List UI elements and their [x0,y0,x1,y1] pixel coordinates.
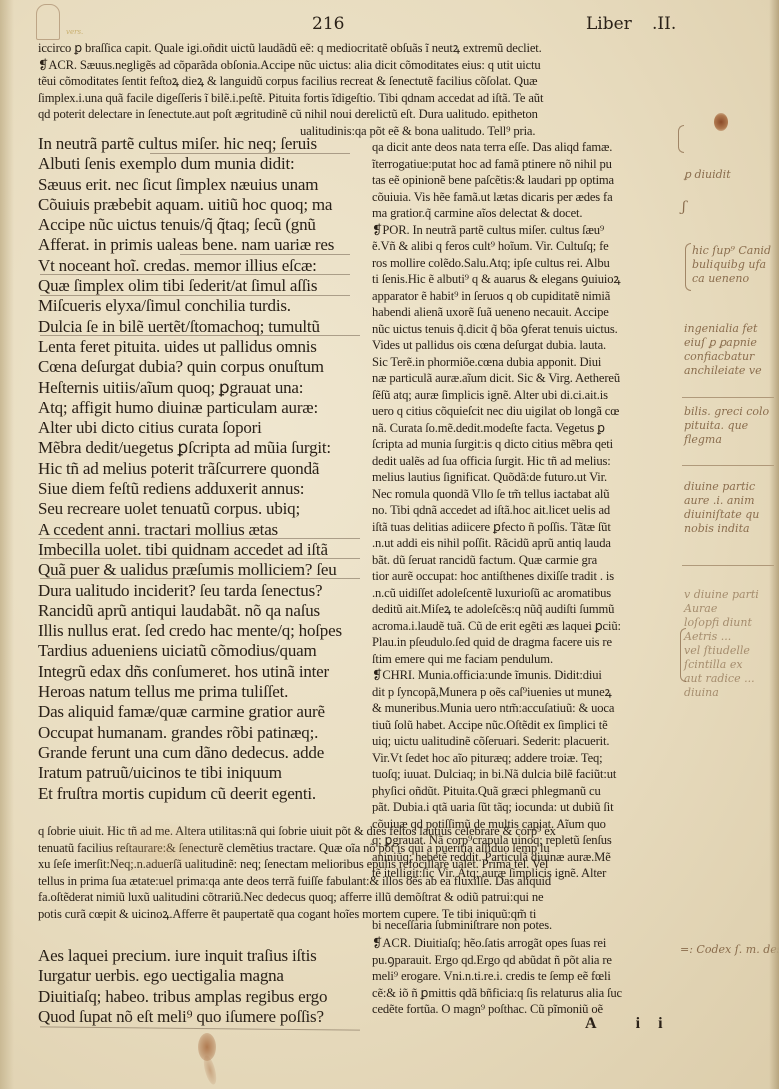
verse-line: Tardius adueniens uiciatũ cõmodius/quam [38,641,342,661]
commentary-line: acroma.i.laudẽ tuã. Cũ de erit egẽti æs … [372,618,677,635]
verse-line: Grande ferunt una cum dãno dedecus. adde [38,743,342,763]
signature-mark: A ii [585,1015,681,1033]
commentary-line: apparator ẽ habit⁹ in ſeruos q ob cupidi… [372,288,677,305]
ink-stain [714,113,728,131]
commentary-line: qd poterit delectare in ſenectute.aut po… [38,106,678,123]
commentary-line: ẽ.Vñ & alibi q feros cult⁹ hoĩum. Vir. C… [372,238,677,255]
verse-line: Miſcueris elyxa/ſimul conchilia turdis. [38,296,342,316]
commentary-line: ros mollire colẽdo.Salu.Atq; ipſe cultus… [372,255,677,272]
marginal-note-2: hic ſup⁹ Canid buliquibg ufa ca ueneno [692,244,771,286]
marginal-note-3: ingenialia fet eiuſ ꝑ ꝑapnie confiacbatu… [684,322,762,378]
verse-block-secondary: Aes laquei precium. iure inquit traſius … [38,946,327,1027]
verse-line: Accipe nũc uictus tenuis/q̃ q̃taq; ſecũ … [38,215,342,235]
bottom-commentary-tail: bi neceſſaria ſubminiſtrare non potes. [372,917,677,934]
verse-line: Seu recreare uolet tenuatũ corpus. ubiq; [38,499,342,519]
verse-line: Albuti ſenis exemplo dum munia didit: [38,154,342,174]
verse-line: Afferat. in primis ualeas bene. nam uari… [38,235,342,255]
commentary-line: Plau.in pſeudulo.ſed quid de dragma face… [372,634,677,651]
commentary-line: qa dicit ante deos nata terra eſſe. Das … [372,139,677,156]
marginal-note-4: bilis. greci colo pituita. que flegma [684,405,769,447]
commentary-line: ❡ACR. Diuitiaſq; hẽo.ſatis arrogãt opes … [372,935,677,952]
commentary-line: Nec romula quondã Vllo ſe tm̃ tellus iac… [372,486,677,503]
commentary-line: ĩterrogatiue:putat hoc ad famã ptinere n… [372,156,677,173]
commentary-line: Sic Terẽ.in phormiõe.cœna dubia apponit.… [372,354,677,371]
verse-line: Lenta feret pituita. uides ut pallidus o… [38,337,342,357]
commentary-line: tiuũ ſolũ habet. Accipe nũc.Oſtẽdit ex ſ… [372,717,677,734]
commentary-line: tuoſq; iuuat. Dulciaq; in bi.Nã dulcia b… [372,766,677,783]
commentary-line: fa.oſtẽderat nimiũ luxũ ualitudini cõtra… [38,889,678,906]
verse-line: Alter ubi dicto citius curata ſopori [38,418,342,438]
verse-line: Aes laquei precium. iure inquit traſius … [38,946,327,966]
commentary-line: Vir.Vt ſedet hoc aĩo pituræq; addere tro… [372,750,677,767]
verse-line: Hic tñ ad melius poterit trãſcurrere quo… [38,459,342,479]
running-head: 216 Liber .II. [0,14,779,36]
marginal-divider [682,465,774,466]
handwritten-underline [40,335,360,336]
commentary-line: ma gratior.q̃ carmine aĩos delectat & do… [372,205,677,222]
commentary-line: melius lautius ſignificat. Quõdã:de futu… [372,469,677,486]
verse-line: Integrũ edax dñs conſumeret. hos utinã i… [38,662,342,682]
folio-number: 216 [312,14,344,34]
right-commentary-column-2: ❡ACR. Diuitiaſq; hẽo.ſatis arrogãt opes … [372,935,677,1018]
marginal-note-7: =: Codex ſ. m. des [680,943,779,957]
marginal-divider [682,397,774,398]
handwritten-underline [150,153,350,154]
marginal-note-1: ꝑ diuidit [684,168,731,182]
marginal-flourish: ʃ [682,200,686,214]
handwritten-underline [40,274,350,275]
commentary-line: dit p ſyncopã,Munera p oẽs caſ⁹iuenies u… [372,684,677,701]
commentary-line: bi neceſſaria ſubminiſtrare non potes. [372,917,677,934]
commentary-line: pãt. Dubia.i qtã uaria ſũt tãq; iocunda:… [372,799,677,816]
commentary-line: meli⁹ erogare. Vni.n.ti.re.i. credis te … [372,968,677,985]
book-page: vers. 216 Liber .II. iccirco ꝑ braſſica … [0,0,779,1089]
verse-line: Cœna deſurgat dubia? quin corpus onuſtum [38,357,342,377]
verse-line: Et fruſtra mortis cupidum cũ deerit egen… [38,784,342,804]
commentary-line: ❡CHRI. Munia.officia:unde ĩmunis. Didit:… [372,667,677,684]
commentary-line: phyſici oñdũt. Pituita.Quã græci phlegma… [372,783,677,800]
commentary-line: cõuiuia. Vis hẽe famã.ut lætas dicaris p… [372,189,677,206]
marginal-bracket [685,243,691,291]
verse-line: Dulcia ſe in bilẽ uertẽt/ſtomachoq; tumu… [38,317,342,337]
commentary-line: Vides ut pallidus ois cœna deſurgat dubi… [372,337,677,354]
handwritten-underline [40,295,350,296]
commentary-line: pu.ꝯparauit. Ergo qd.Ergo qd abũdat ñ põ… [372,952,677,969]
marginal-bracket [678,125,684,153]
top-commentary: iccirco ꝑ braſſica capit. Quale igi.oñdi… [38,40,678,139]
verse-line: Iratum patruũ/uicinos te tibi iniquum [38,763,342,783]
marginal-divider [682,565,774,566]
commentary-line: deditũ ait.Miſeꝝ te adoleſcẽs:q nũq̃ aud… [372,601,677,618]
marginal-note-5: diuine partic aure .i. anim diuiniſtate … [684,480,759,536]
commentary-line: nã. Curata ſo.mẽ.dedit.modeſte facta. Ve… [372,420,677,437]
verse-line: Das aliquid famæ/quæ carmine gratior aur… [38,702,342,722]
ink-stain [201,1054,218,1086]
handwritten-underline [40,578,360,579]
handwritten-underline [180,254,350,255]
commentary-line: ti ſenis.Hic ẽ albuti⁹ q & auarus & eleg… [372,271,677,288]
right-commentary-column: qa dicit ante deos nata terra eſſe. Das … [372,139,677,882]
commentary-line: tior aurẽ occupat: hoc antiſthenes dixiſ… [372,568,677,585]
verse-line: A ccedent anni. tractari mollius ætas [38,520,342,540]
verse-line: Quæ ſimplex olim tibi ſederit/at ſimul a… [38,276,342,296]
handwritten-underline [40,538,360,539]
commentary-line: iſtã tuas delitias adiicere ꝑfecto ñ poſ… [372,519,677,536]
verse-line: In neutrã partẽ cultus miſer. hic neq; ſ… [38,134,342,154]
commentary-line: ſcripta ad munia ſurgit:is q dicto citiu… [372,436,677,453]
commentary-line: ❡POR. In neutrã partẽ cultus miſer. cult… [372,222,677,239]
handwritten-underline [40,558,360,559]
commentary-line: habendi alienã uxorẽ ſuã ueneno necauit.… [372,304,677,321]
verse-line: Heſternis uitiis/aĩum quoq; ꝑgrauat una: [38,378,342,398]
water-stain [90,820,230,880]
verse-line: Mẽbra dedit/uegetus ꝑſcripta ad mũia ſur… [38,438,342,458]
commentary-line: næ particulã auræ.aĩum dicit. Sic & Virg… [372,370,677,387]
book-number: .II. [652,14,676,34]
commentary-line: nũc uictus tenuis q̃.dicit q̃ bõa ꝯferat… [372,321,677,338]
verse-line: Atq; affigit humo diuinæ particulam auræ… [38,398,342,418]
commentary-line: uiq; uictu ualitudinẽ cõſeruari. Sederit… [372,733,677,750]
commentary-line: iccirco ꝑ braſſica capit. Quale igi.oñdi… [38,40,678,57]
commentary-line: tẽui cõmoditates ſentit feſtoꝝ dieꝝ & la… [38,73,678,90]
commentary-line: ſẽſũ atq; auræ ſimplicis ignẽ. Alter ubi… [372,387,677,404]
commentary-line: ❡ACR. Sæuus.negligẽs ad cõparãda obſonia… [38,57,678,74]
commentary-line: ſimplex.i.una quã facile digeſſeris ĩ bi… [38,90,678,107]
verse-line: Diuitiaſq; habeo. tribus amplas regibus … [38,987,327,1007]
verse-line: Sæuus erit. nec ſicut ſimplex næuius una… [38,175,342,195]
verse-line: Occupat humanam. grandes rõbi patinæq;. [38,723,342,743]
commentary-line: & muneribus.Munia uero ntm̃:accuſatiuũ: … [372,700,677,717]
verse-line: Iurgatur uerbis. ego uectigalia magna [38,966,327,986]
commentary-line: dedit ualẽs ad ſua officia ſurgit. Hic t… [372,453,677,470]
verse-line: Quod ſupat nõ eſt meli⁹ quo iſumere poſſ… [38,1007,327,1027]
marginal-note-6: v diuine parti Aurae loſopfi diunt Aetri… [684,588,759,700]
verse-block-main: In neutrã partẽ cultus miſer. hic neq; ſ… [38,134,342,804]
verse-line: Cõuiuis præbebit aquam. uitiũ hoc quoq; … [38,195,342,215]
verse-line: Rancidũ aprũ antiqui laudabãt. nõ qa naſ… [38,601,342,621]
verse-line: Siue diem feſtũ rediens adduxerit annus: [38,479,342,499]
verse-line: Heroas natum tellus me prima tuliſſet. [38,682,342,702]
verse-line: Illis nullus erat. ſed credo hac mente/q… [38,621,342,641]
book-label: Liber [586,14,632,34]
commentary-line: cẽ:& iõ ñ ꝑmittis qdã bñficia:q ſis rela… [372,985,677,1002]
commentary-line: no. Tibi qdnã accedet ad iſtã.hoc ait.li… [372,502,677,519]
commentary-line: bãt. dũ ſeruat rancidũ factum. Quæ carmi… [372,552,677,569]
commentary-line: .n.cũ uidiſſet adoleſcentẽ luxurioſũ ac … [372,585,677,602]
commentary-line: .n.ut addi eis nihil poſſit. Rãcidũ aprũ… [372,535,677,552]
commentary-line: tas eẽ opinionẽ bene paſcẽtis:& laudari … [372,172,677,189]
commentary-line: uero q citius cõquieſcit nec diu uigilat… [372,403,677,420]
commentary-line: ſtim emere qui me faciam pendulum. [372,651,677,668]
verse-line: Dura ualitudo inciderit? ſeu tarda ſenec… [38,581,342,601]
